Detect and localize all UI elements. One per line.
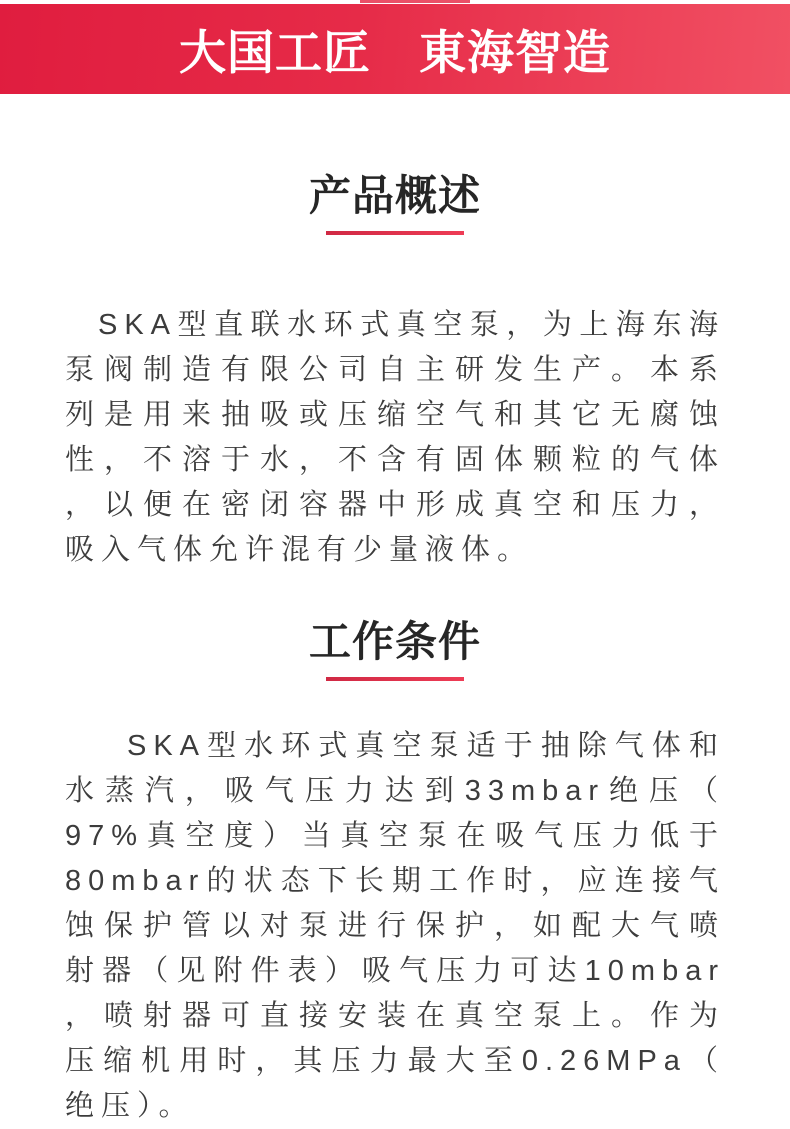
page-top-strip — [0, 0, 790, 4]
top-notch-bar — [360, 0, 470, 3]
section-product-overview: 产品概述 SKA型直联水环式真空泵，为上海东海 泵阀制造有限公司自主研发生产。本… — [0, 173, 790, 573]
paragraph-line: SKA型直联水环式真空泵，为上海东海 — [65, 303, 725, 348]
paragraph-line: 绝压）。 — [65, 1084, 725, 1129]
paragraph-line: 97%真空度）当真空泵在吸气压力低于 — [65, 814, 725, 859]
paragraph-line: SKA型水环式真空泵适于抽除气体和 — [65, 724, 725, 769]
paragraph-line: ，喷射器可直接安装在真空泵上。作为 — [65, 994, 725, 1039]
paragraph-line: 吸入气体允许混有少量液体。 — [65, 528, 725, 573]
paragraph-line: 蚀保护管以对泵进行保护，如配大气喷 — [65, 904, 725, 949]
conditions-title-underline — [326, 677, 464, 681]
paragraph-line: 80mbar的状态下长期工作时，应连接气 — [65, 859, 725, 904]
paragraph-line: 水蒸汽，吸气压力达到33mbar绝压（ — [65, 769, 725, 814]
brand-banner: 大国工匠 東海智造 — [0, 4, 790, 94]
paragraph-line: 泵阀制造有限公司自主研发生产。本系 — [65, 348, 725, 393]
paragraph-line: 性，不溶于水，不含有固体颗粒的气体 — [65, 438, 725, 483]
product-detail-page: 大国工匠 東海智造 产品概述 SKA型直联水环式真空泵，为上海东海 泵阀制造有限… — [0, 0, 790, 1129]
paragraph-line: ，以便在密闭容器中形成真空和压力， — [65, 483, 725, 528]
banner-slogan: 大国工匠 東海智造 — [179, 16, 611, 83]
paragraph-line: 压缩机用时，其压力最大至0.26MPa（ — [65, 1039, 725, 1084]
overview-paragraph: SKA型直联水环式真空泵，为上海东海 泵阀制造有限公司自主研发生产。本系 列是用… — [65, 303, 725, 573]
conditions-paragraph: SKA型水环式真空泵适于抽除气体和 水蒸汽，吸气压力达到33mbar绝压（ 97… — [65, 724, 725, 1129]
section-working-conditions: 工作条件 SKA型水环式真空泵适于抽除气体和 水蒸汽，吸气压力达到33mbar绝… — [0, 619, 790, 1129]
paragraph-line: 射器（见附件表）吸气压力可达10mbar — [65, 949, 725, 994]
overview-title-underline — [326, 231, 464, 235]
overview-section-title: 产品概述 — [0, 173, 790, 219]
paragraph-line: 列是用来抽吸或压缩空气和其它无腐蚀 — [65, 393, 725, 438]
conditions-section-title: 工作条件 — [0, 619, 790, 665]
